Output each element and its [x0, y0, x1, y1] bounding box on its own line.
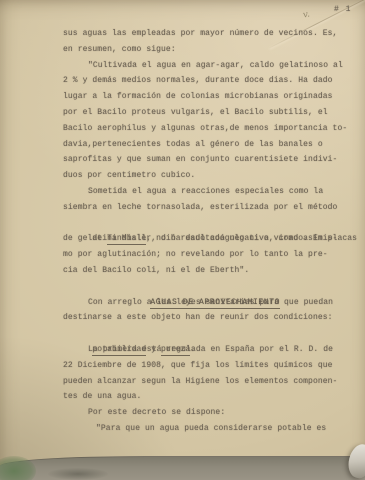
text-line: duos por centimetro cubico.: [63, 168, 335, 184]
text-line: saprofitas y que suman en conjunto cuare…: [63, 152, 335, 168]
text-line: tes de una agua.: [63, 389, 335, 405]
text-line: 22 Diciembre de 1908, que fija los límit…: [63, 358, 335, 374]
text-line: Con arreglo a las leyes sanitarias para …: [63, 295, 335, 311]
document-page: v. # 1 sus aguas las empleadas por mayor…: [0, 0, 365, 480]
text-line: La primera está regulada en España por e…: [63, 342, 335, 358]
text-line: pueden alcanzar segun la Higiene los ele…: [63, 374, 335, 390]
text-line: mo por aglutinación; no revelando por lo…: [63, 247, 335, 263]
text-line: cia del Bacilo coli, ni el de Eberth".: [63, 263, 335, 279]
handwritten-mark: v.: [302, 9, 311, 20]
text-line: potabilidad y pureza.: [63, 326, 335, 342]
text-line: "Cultivada el agua en agar-agar, caldo g…: [63, 58, 335, 74]
text-line: de gelatina Misler, dió resultado negati…: [63, 231, 335, 247]
text-line: en resumen, como sigue:: [63, 42, 335, 58]
text-line: sus aguas las empleadas por mayor número…: [63, 26, 335, 42]
page-number: # 1: [334, 5, 351, 14]
text-line: siembra en leche tornasolada, esteriliza…: [63, 200, 335, 216]
text-line: Por este decreto se dispone:: [63, 405, 335, 421]
text-line: destinarse a este objeto han de reunir d…: [63, 310, 335, 326]
text-line: davia,pertenecientes todas al género de …: [63, 137, 335, 153]
typewritten-text: sus aguas las empleadas por mayor número…: [63, 26, 335, 437]
text-line: Sometida el agua a reacciones especiales…: [63, 184, 335, 200]
text-line: "Para que un agua pueda considerarse pot…: [63, 421, 335, 437]
text-line: por el Bacilo proteus vulgaris, el Bacil…: [63, 105, 335, 121]
shadow-smudge: [48, 468, 108, 480]
text-line: 2 % y demás medios normales, durante doc…: [63, 73, 335, 89]
text-line: Bacilo aerophilus y algunas otras,de men…: [63, 121, 335, 137]
text-line: de Tindhall, no ha dado coágulo ni a vir…: [63, 216, 335, 232]
section-heading: AGUAS DE APROVECHAMIENTO: [63, 279, 335, 295]
text-line: lugar a la formación de colonias microbi…: [63, 89, 335, 105]
